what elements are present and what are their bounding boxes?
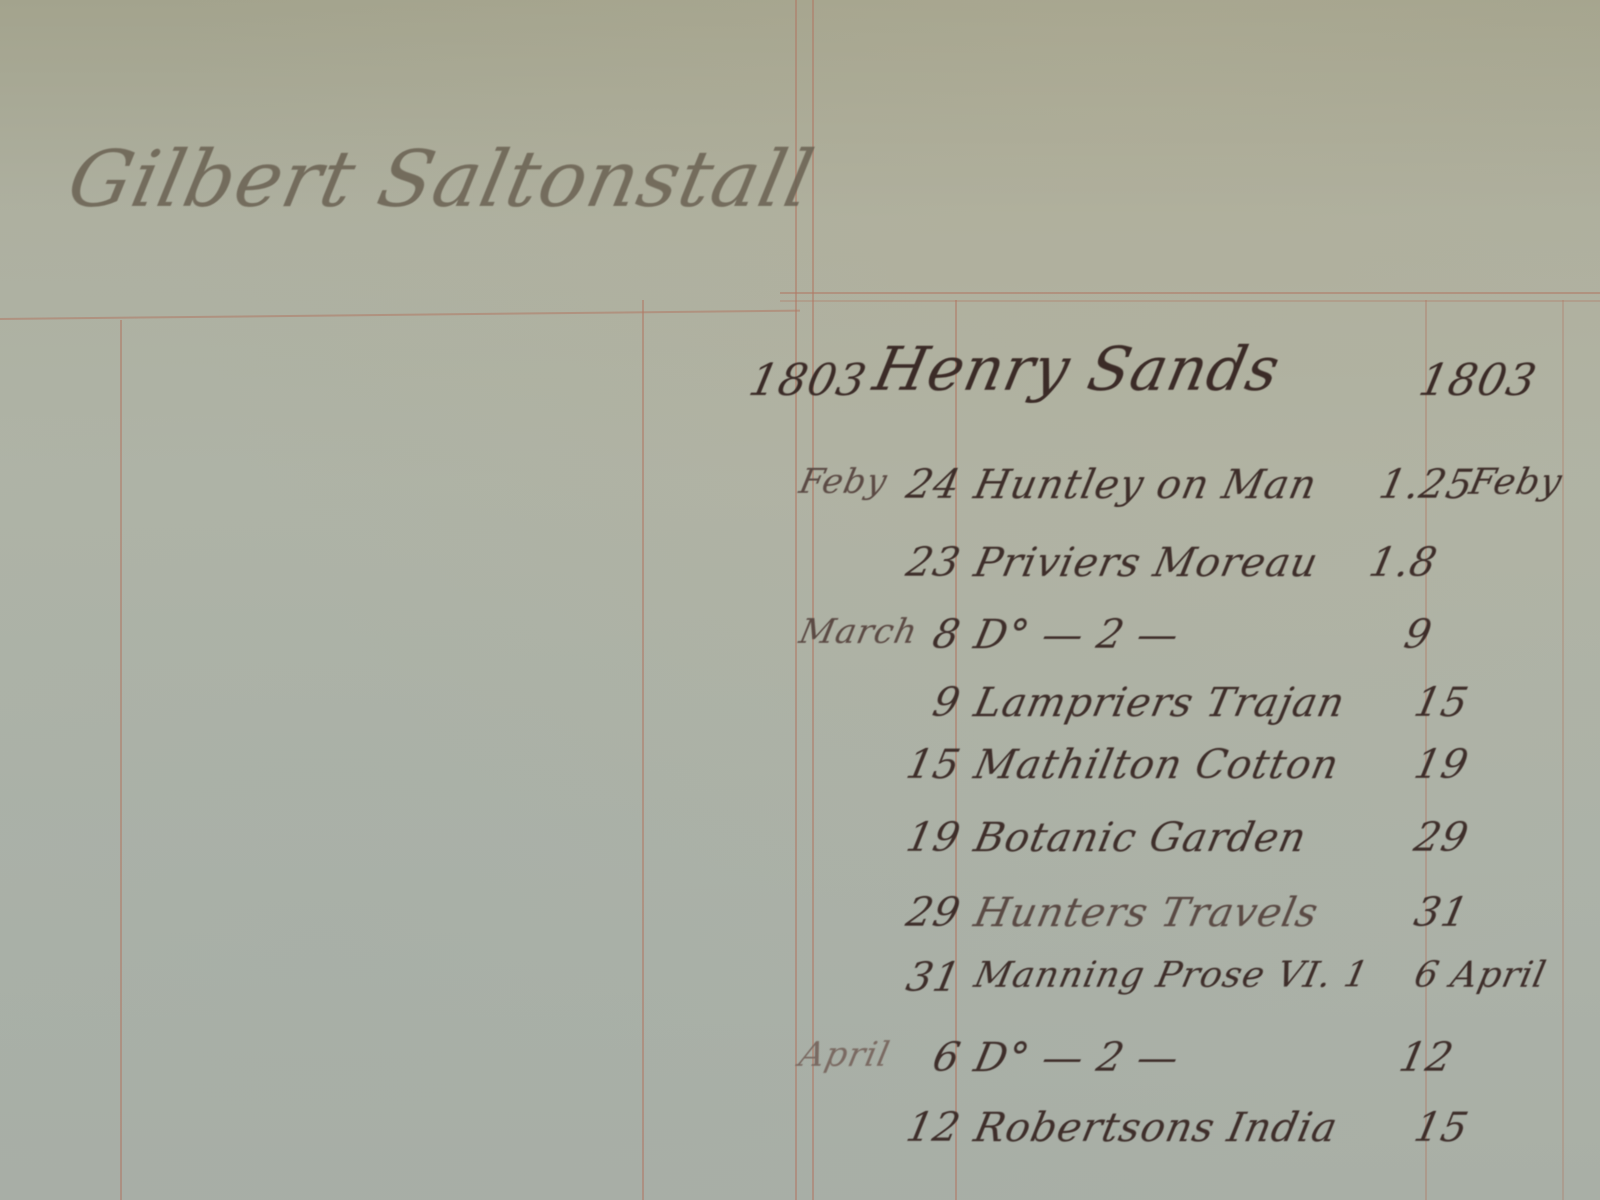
header-rule: [0, 310, 800, 320]
header-rule-right: [780, 292, 1600, 294]
entry-ref: 1.25: [1375, 462, 1478, 508]
entry-description: Robertsons India: [970, 1105, 1342, 1151]
entry-description: D° — 2 —: [970, 612, 1183, 658]
entry-description: Priviers Moreau: [970, 540, 1322, 586]
ledger-entry: 15 Mathilton Cotton 19: [0, 742, 1600, 802]
entry-ref: 6 April: [1411, 955, 1550, 996]
entry-ref: 15: [1410, 680, 1473, 726]
entry-day: 24: [895, 462, 965, 508]
entry-ref: 19: [1410, 742, 1473, 788]
entry-description: Mathilton Cotton: [970, 742, 1343, 788]
account-name: Gilbert Saltonstall: [60, 135, 821, 225]
ledger-entry: 23 Priviers Moreau 1.8: [0, 540, 1600, 600]
entry-day: 29: [895, 890, 965, 936]
entry-description: Lampriers Trajan: [970, 680, 1349, 726]
ledger-page: Gilbert Saltonstall 1803 Henry Sands 180…: [0, 0, 1600, 1200]
entry-description: Botanic Garden: [970, 815, 1311, 861]
entry-day: 12: [895, 1105, 965, 1151]
entry-month: Feby: [796, 462, 891, 502]
entry-day: 15: [895, 742, 965, 788]
entry-day: 9: [895, 680, 965, 726]
ledger-entry: March 8 D° — 2 — 9: [0, 612, 1600, 672]
entry-day: 8: [895, 612, 965, 658]
entry-description: Hunters Travels: [970, 890, 1323, 936]
ledger-year-left: 1803: [745, 355, 872, 406]
entry-ref: 29: [1410, 815, 1473, 861]
ledger-entry: 19 Botanic Garden 29: [0, 815, 1600, 875]
entry-ref: 12: [1395, 1035, 1458, 1081]
ledger-entry: Feby 24 Huntley on Man 1.25 Feby: [0, 462, 1600, 522]
entry-ref: 1.8: [1365, 540, 1441, 586]
entry-ref: 9: [1400, 612, 1436, 658]
ledger-entry: 29 Hunters Travels 31: [0, 890, 1600, 950]
entry-day: 6: [895, 1035, 965, 1081]
entry-day: 19: [895, 815, 965, 861]
entry-continuation: Feby: [1466, 462, 1566, 503]
entry-description: D° — 2 —: [970, 1035, 1183, 1081]
entry-day: 31: [895, 955, 965, 1001]
entry-ref: 31: [1410, 890, 1473, 936]
ledger-entry: 12 Robertsons India 15: [0, 1105, 1600, 1165]
ledger-entry: April 6 D° — 2 — 12: [0, 1035, 1600, 1095]
ledger-entry: 31 Manning Prose VI. 1 6 April: [0, 955, 1600, 1015]
entry-day: 23: [895, 540, 965, 586]
entry-description: Huntley on Man: [970, 462, 1321, 508]
center-double-rule-2: [812, 0, 814, 1200]
entry-ref: 15: [1410, 1105, 1473, 1151]
header-rule-right-2: [780, 300, 1600, 302]
ledger-entry: 9 Lampriers Trajan 15: [0, 680, 1600, 740]
ledger-title: Henry Sands: [868, 335, 1287, 405]
ledger-year-right: 1803: [1415, 355, 1542, 406]
entry-description: Manning Prose VI. 1: [971, 955, 1373, 996]
entry-month: April: [796, 1035, 894, 1075]
